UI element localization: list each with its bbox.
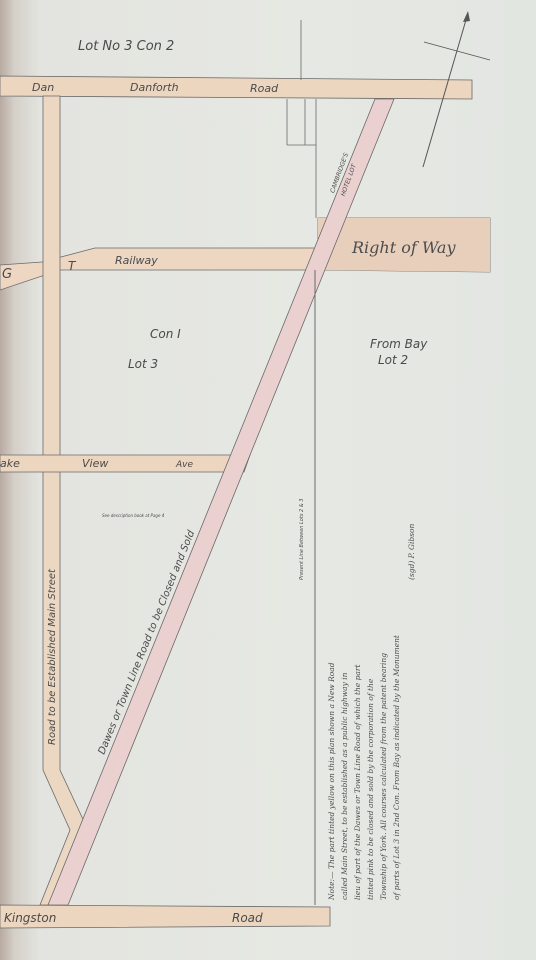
note-line-1: Note:— The part tinted yellow on this pl… <box>327 662 336 901</box>
note-signature: (sgd) P. Gibson <box>407 523 416 580</box>
note-line-5: Township of York. All courses calculated… <box>379 653 388 900</box>
danforth-road <box>0 76 472 99</box>
note-line-4: tinted pink to be closed and sold by the… <box>366 678 375 900</box>
label-danforth-b: Danforth <box>130 81 179 94</box>
label-lot2: Lot 2 <box>378 353 408 367</box>
label-railway-g: G <box>2 267 12 282</box>
main-street <box>40 96 88 905</box>
label-kingston-b: Road <box>232 911 263 925</box>
label-danforth-c: Road <box>250 82 279 95</box>
note-line-3: lieu of part of the Dawes or Town Line R… <box>353 664 362 900</box>
lake-view-ave <box>0 455 250 472</box>
label-con1: Con I <box>150 327 181 341</box>
label-from-bay: From Bay <box>370 337 428 351</box>
label-railway: Railway <box>115 254 158 267</box>
note-line-6: of parts of Lot 3 in 2nd Con. From Bay a… <box>392 634 401 900</box>
label-kingston-a: Kingston <box>4 911 56 925</box>
label-lake-view-a: ake <box>0 457 20 470</box>
label-lot3: Lot 3 <box>128 357 158 371</box>
label-dawes-road: Dawes or Town Line Road to be Closed and… <box>97 528 198 756</box>
label-lot3-con2: Lot No 3 Con 2 <box>78 39 174 54</box>
map-canvas: Lot No 3 Con 2 Dan Danforth Road CAMBRID… <box>0 0 536 960</box>
label-main-street: Road to be Established Main Street <box>47 568 58 745</box>
label-present-line: Present Line Between Lots 2 & 3 <box>299 499 305 580</box>
label-right-of-way: Right of Way <box>351 238 456 257</box>
label-lake-view-b: View <box>82 457 108 470</box>
note-line-2: called Main Street, to be established as… <box>340 672 349 900</box>
label-lake-view-c: Ave <box>175 460 193 470</box>
survey-map: Lot No 3 Con 2 Dan Danforth Road CAMBRID… <box>0 0 536 960</box>
label-small-note: See description book at Page 4 <box>102 513 165 518</box>
label-danforth-a: Dan <box>32 81 54 94</box>
surveyor-note: Note:— The part tinted yellow on this pl… <box>327 523 416 901</box>
